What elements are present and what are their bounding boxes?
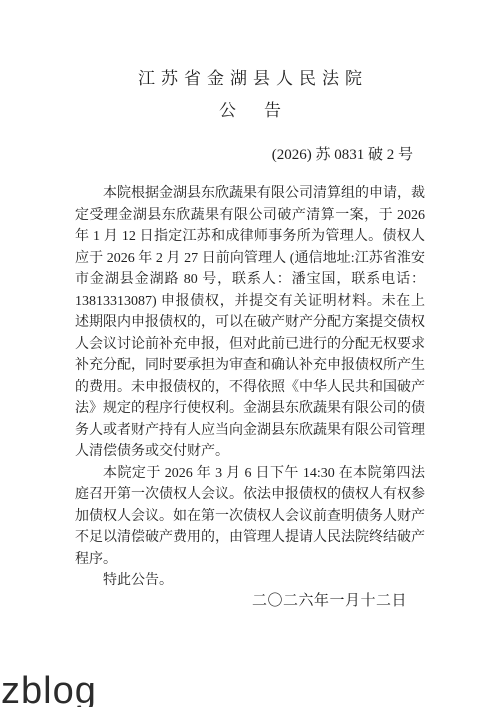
site-logo-zblog[interactable]: zblog xyxy=(1,672,97,707)
body-paragraph-filing: 本院根据金湖县东欣蔬果有限公司清算组的申请，裁定受理金湖县东欣蔬果有限公司破产清… xyxy=(75,183,425,463)
announcement-title-char-2: 告 xyxy=(264,96,281,121)
announcement-body: 本院根据金湖县东欣蔬果有限公司清算组的申请，裁定受理金湖县东欣蔬果有限公司破产清… xyxy=(75,183,425,592)
body-paragraph-meeting: 本院定于 2026 年 3 月 6 日下午 14:30 在本院第四法庭召开第一次… xyxy=(75,463,425,571)
court-name-heading: 江苏省金湖县人民法院 xyxy=(0,64,500,89)
announcement-title-char-1: 公 xyxy=(219,96,236,121)
case-number: (2026) 苏 0831 破 2 号 xyxy=(272,143,413,164)
announcement-page: 江苏省金湖县人民法院 公 告 (2026) 苏 0831 破 2 号 本院根据金… xyxy=(0,0,500,707)
announcement-title: 公 告 xyxy=(0,96,500,121)
issue-date: 二〇二六年一月十二日 xyxy=(252,589,407,610)
